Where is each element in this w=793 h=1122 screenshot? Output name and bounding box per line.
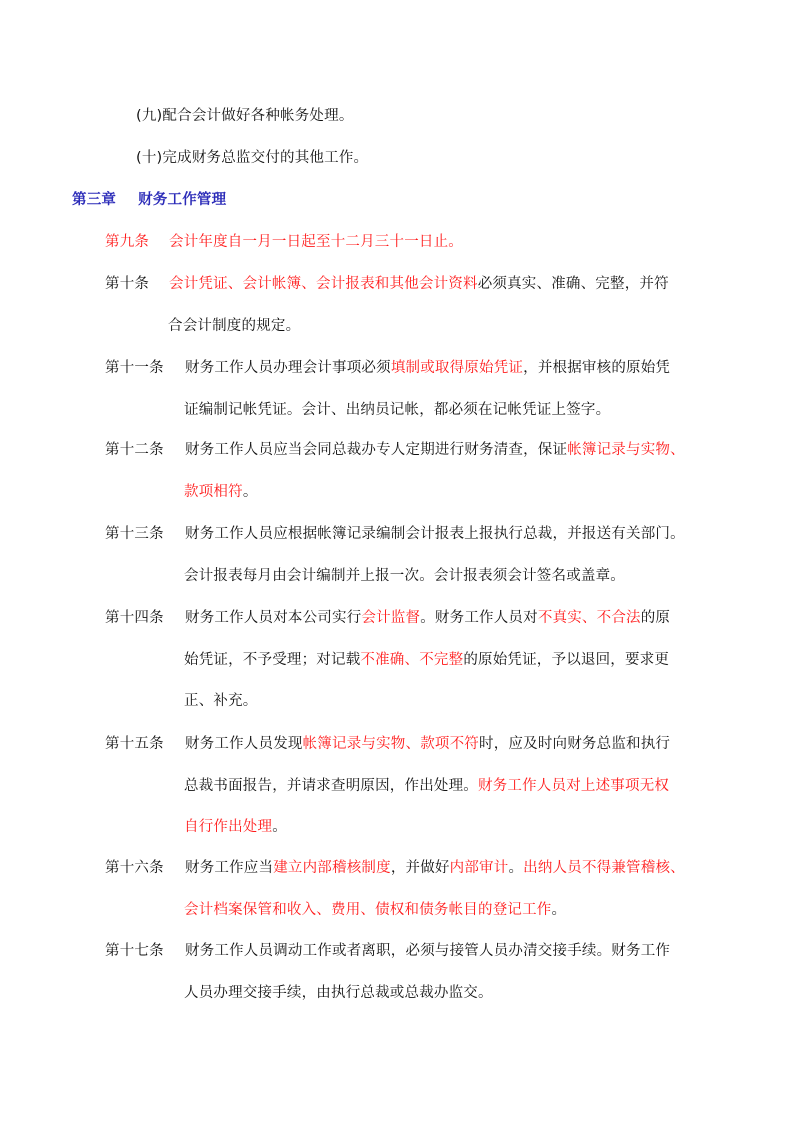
highlighted-text: 会计年度自一月一日起至十二月三十一日止。 bbox=[169, 234, 463, 250]
highlighted-text: 建立内部稽核制度 bbox=[273, 860, 391, 876]
article-line-continued: 合会计制度的规定。 bbox=[168, 316, 300, 336]
article-line-continued: 人员办理交接手续，由执行总裁或总裁办监交。 bbox=[184, 983, 493, 1003]
article-line-first: 第十条会计凭证、会计帐簿、会计报表和其他会计资料必须真实、准确、完整，并符 bbox=[105, 274, 669, 294]
highlighted-text: 会计监督 bbox=[361, 610, 420, 626]
article-line-continued: 总裁书面报告，并请求查明原因，作出处理。财务工作人员对上述事项无权 bbox=[184, 776, 669, 796]
article-line-continued: 证编制记帐凭证。会计、出纳员记帐，都必须在记帐凭证上签字。 bbox=[184, 400, 610, 420]
body-text: 。财务工作人员对 bbox=[420, 610, 538, 626]
chapter-title: 财务工作管理 bbox=[138, 192, 226, 208]
highlighted-text: 填制或取得原始凭证 bbox=[391, 360, 523, 376]
body-text: 财务工作人员调动工作或者离职，必须与接管人员办清交接手续。财务工作 bbox=[185, 943, 670, 959]
article-line-continued: 正、补充。 bbox=[184, 691, 258, 711]
article-label: 第十四条 bbox=[105, 608, 185, 628]
list-item-9: (九)配合会计做好各种帐务处理。 bbox=[136, 106, 354, 126]
highlighted-text: 会计档案保管和收入、费用、债权和债务帐目的登记工作 bbox=[184, 902, 552, 918]
article-label: 第十二条 bbox=[105, 440, 185, 460]
article-line-first: 第九条会计年度自一月一日起至十二月三十一日止。 bbox=[105, 232, 463, 252]
body-text: 始凭证，不予受理；对记载 bbox=[184, 652, 360, 668]
highlighted-text: 不准确、不完整 bbox=[360, 652, 463, 668]
article-label: 第十六条 bbox=[105, 858, 185, 878]
highlighted-text: 帐簿记录与实物、款项不符 bbox=[303, 736, 479, 752]
article-label: 第十三条 bbox=[105, 524, 185, 544]
article-line-continued: 会计报表每月由会计编制并上报一次。会计报表须会计签名或盖章。 bbox=[184, 566, 625, 586]
highlighted-text: 帐簿记录与实物、 bbox=[567, 442, 685, 458]
body-text: 总裁书面报告，并请求查明原因，作出处理。 bbox=[184, 778, 478, 794]
article-line-first: 第十四条财务工作人员对本公司实行会计监督。财务工作人员对不真实、不合法的原 bbox=[105, 608, 670, 628]
highlighted-text: 出纳人员不得兼管稽核、 bbox=[523, 860, 685, 876]
body-text: 的原始凭证，予以退回，要求更 bbox=[463, 652, 669, 668]
body-text: 证编制记帐凭证。会计、出纳员记帐，都必须在记帐凭证上签字。 bbox=[184, 402, 610, 418]
body-text: 正、补充。 bbox=[184, 693, 258, 709]
article-line-continued: 会计档案保管和收入、费用、债权和债务帐目的登记工作。 bbox=[184, 900, 566, 920]
article-line-continued: 自行作出处理。 bbox=[184, 817, 287, 837]
body-text: 财务工作人员发现 bbox=[185, 736, 303, 752]
body-text: 的原 bbox=[641, 610, 670, 626]
body-text: 财务工作人员对本公司实行 bbox=[185, 610, 361, 626]
article-line-first: 第十六条财务工作应当建立内部稽核制度，并做好内部审计。出纳人员不得兼管稽核、 bbox=[105, 858, 685, 878]
highlighted-text: 内部审计 bbox=[450, 860, 509, 876]
article-line-first: 第十五条财务工作人员发现帐簿记录与实物、款项不符时，应及时向财务总监和执行 bbox=[105, 734, 670, 754]
body-text: 。 bbox=[272, 819, 287, 835]
body-text: 。 bbox=[243, 484, 258, 500]
chapter-number: 第三章 bbox=[72, 192, 116, 208]
highlighted-text: 不真实、不合法 bbox=[538, 610, 641, 626]
body-text: 财务工作人员应根据帐簿记录编制会计报表上报执行总裁，并报送有关部门。 bbox=[185, 526, 685, 542]
article-line-first: 第十三条财务工作人员应根据帐簿记录编制会计报表上报执行总裁，并报送有关部门。 bbox=[105, 524, 685, 544]
body-text: 财务工作人员办理会计事项必须 bbox=[185, 360, 391, 376]
chapter-heading: 第三章财务工作管理 bbox=[72, 190, 226, 210]
article-label: 第十五条 bbox=[105, 734, 185, 754]
body-text: 必须真实、准确、完整，并符 bbox=[478, 276, 669, 292]
body-text: 时，应及时向财务总监和执行 bbox=[479, 736, 670, 752]
highlighted-text: 会计凭证、会计帐簿、会计报表和其他会计资料 bbox=[169, 276, 478, 292]
body-text: 。 bbox=[552, 902, 567, 918]
article-line-first: 第十七条财务工作人员调动工作或者离职，必须与接管人员办清交接手续。财务工作 bbox=[105, 941, 670, 961]
highlighted-text: 财务工作人员对上述事项无权 bbox=[478, 778, 669, 794]
article-line-first: 第十二条财务工作人员应当会同总裁办专人定期进行财务清查，保证帐簿记录与实物、 bbox=[105, 440, 685, 460]
article-line-continued: 款项相符。 bbox=[184, 482, 258, 502]
article-label: 第十条 bbox=[105, 274, 169, 294]
body-text: 。 bbox=[508, 860, 523, 876]
article-label: 第十一条 bbox=[105, 358, 185, 378]
body-text: ，并根据审核的原始凭 bbox=[523, 360, 670, 376]
highlighted-text: 款项相符 bbox=[184, 484, 243, 500]
list-item-10: (十)完成财务总监交付的其他工作。 bbox=[136, 148, 368, 168]
body-text: 会计报表每月由会计编制并上报一次。会计报表须会计签名或盖章。 bbox=[184, 568, 625, 584]
body-text: 人员办理交接手续，由执行总裁或总裁办监交。 bbox=[184, 985, 493, 1001]
body-text: 财务工作应当 bbox=[185, 860, 273, 876]
highlighted-text: 自行作出处理 bbox=[184, 819, 272, 835]
article-label: 第九条 bbox=[105, 232, 169, 252]
body-text: 财务工作人员应当会同总裁办专人定期进行财务清查，保证 bbox=[185, 442, 567, 458]
article-line-continued: 始凭证，不予受理；对记载不准确、不完整的原始凭证，予以退回，要求更 bbox=[184, 650, 669, 670]
body-text: 合会计制度的规定。 bbox=[168, 318, 300, 334]
article-line-first: 第十一条财务工作人员办理会计事项必须填制或取得原始凭证，并根据审核的原始凭 bbox=[105, 358, 670, 378]
body-text: ，并做好 bbox=[391, 860, 450, 876]
article-label: 第十七条 bbox=[105, 941, 185, 961]
